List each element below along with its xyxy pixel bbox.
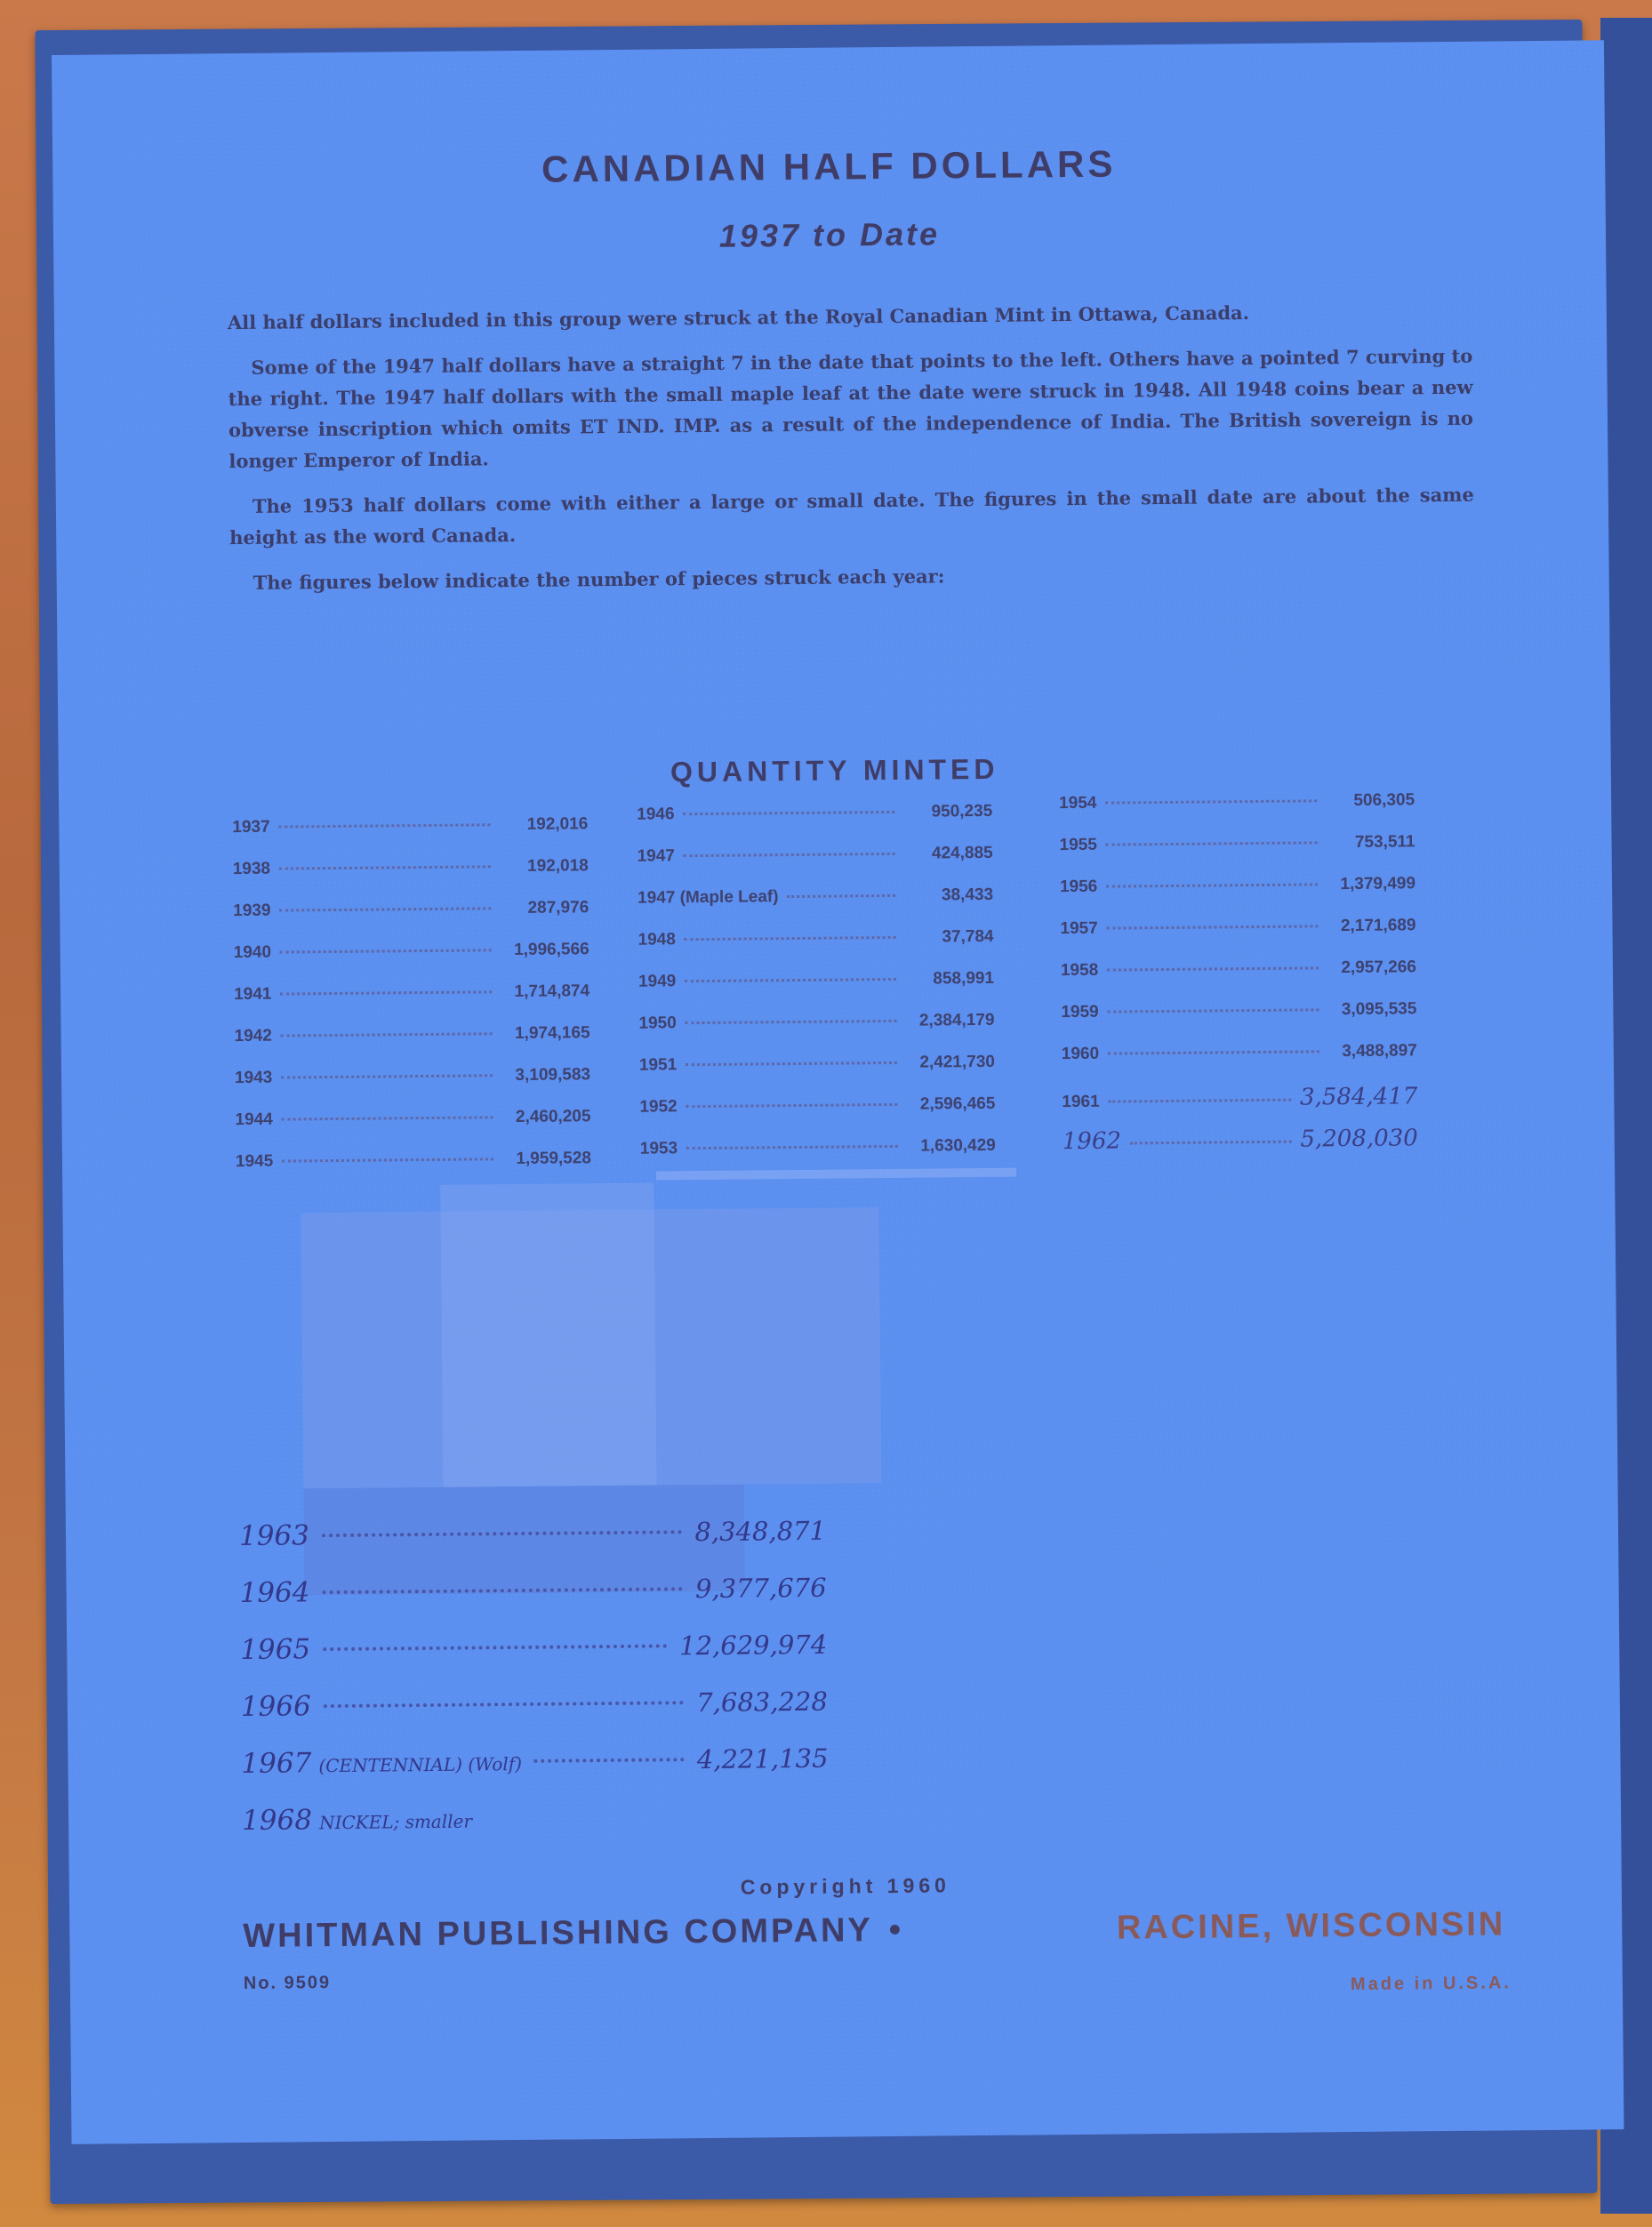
mintage-row: 19421,974,165: [235, 1023, 590, 1069]
mintage-value: 192,016: [499, 814, 588, 835]
album-page: CANADIAN HALF DOLLARS 1937 to Date All h…: [52, 40, 1624, 2144]
mintage-value: 287,976: [500, 898, 589, 918]
mintage-row: 1946950,235: [637, 802, 992, 847]
dot-leader: [788, 894, 896, 898]
mintage-value: 858,991: [905, 969, 994, 989]
page-subtitle: 1937 to Date: [53, 209, 1606, 261]
dot-leader: [1105, 799, 1317, 804]
mintage-value: 424,885: [904, 844, 993, 864]
handwritten-row: 196512,629,974: [240, 1629, 828, 1691]
dot-leader: [322, 1530, 683, 1537]
intro-paragraph: All half dollars included in this group …: [228, 295, 1472, 338]
mintage-value: 950,235: [903, 802, 992, 822]
dot-leader: [686, 1061, 897, 1066]
handwritten-year: 1968: [242, 1804, 312, 1837]
mintage-row: 1949858,991: [638, 969, 994, 1014]
mintage-row: 1954506,305: [1059, 790, 1415, 836]
mintage-row: 19625,208,030: [1063, 1125, 1418, 1170]
mintage-value: 37,784: [904, 927, 993, 948]
mintage-value: 1,959,528: [502, 1149, 591, 1169]
dot-leader: [1130, 1141, 1292, 1145]
mintage-row: 19411,714,874: [234, 981, 589, 1027]
dot-leader: [1107, 925, 1319, 929]
mintage-value: 2,421,730: [906, 1053, 995, 1073]
mintage-year: 1939: [233, 901, 270, 921]
intro-paragraph: The 1953 half dollars come with either a…: [229, 479, 1475, 553]
mintage-value: 3,584,417: [1300, 1083, 1418, 1110]
mintage-value: 506,305: [1326, 790, 1415, 811]
mintage-value: 3,109,583: [501, 1065, 590, 1085]
dot-leader: [282, 1158, 493, 1162]
mintage-year: 1950: [638, 1013, 676, 1033]
mintage-year: 1960: [1062, 1045, 1099, 1064]
mintage-value: 38,433: [904, 885, 993, 906]
intro-paragraph: Some of the 1947 half dollars have a str…: [228, 340, 1473, 477]
mintage-value: 2,957,266: [1327, 957, 1416, 978]
handwritten-year: 1967: [241, 1747, 311, 1780]
dot-leader: [280, 990, 492, 995]
mintage-year: 1943: [235, 1069, 272, 1088]
mintage-value: 192,018: [500, 856, 589, 877]
mintage-row: 19401,996,566: [234, 940, 589, 985]
mintage-year: 1937: [232, 818, 269, 837]
mintage-value: 1,714,874: [501, 981, 589, 1002]
handwritten-row: 19667,683,228: [241, 1686, 829, 1748]
dot-leader: [685, 936, 896, 941]
quantity-minted-heading: QUANTITY MINTED: [59, 747, 1611, 795]
mintage-year: 1961: [1062, 1093, 1099, 1112]
mintage-year: 1955: [1059, 836, 1096, 855]
catalog-number: No. 9509: [244, 1973, 331, 1994]
mintage-row: 1938192,018: [233, 856, 589, 901]
handwritten-value: 7,683,228: [696, 1686, 828, 1718]
mintage-row: 19572,171,689: [1060, 916, 1415, 961]
mintage-value: 2,384,179: [905, 1011, 994, 1031]
handwritten-year: 1964: [239, 1576, 309, 1609]
dot-leader: [322, 1587, 683, 1594]
mintage-row: 19593,095,535: [1061, 999, 1416, 1045]
mintage-value: 1,630,429: [907, 1136, 996, 1157]
mintage-year: 1953: [640, 1139, 678, 1158]
mintage-value: 2,596,465: [906, 1094, 995, 1115]
mintage-row: 1947424,885: [638, 844, 993, 889]
mintage-value: 3,095,535: [1327, 999, 1416, 1020]
publisher-location: RACINE, WISCONSIN: [1117, 1905, 1506, 1947]
mintage-year: 1948: [638, 930, 675, 949]
mintage-row: 1955753,511: [1059, 832, 1415, 877]
dot-leader: [282, 1116, 493, 1120]
dot-leader: [1108, 1050, 1319, 1054]
mintage-row: 19531,630,429: [640, 1136, 996, 1182]
mintage-value: 3,488,897: [1328, 1041, 1417, 1061]
mintage-year: 1958: [1061, 961, 1098, 981]
handwritten-note: (CENTENNIAL) (Wolf): [318, 1753, 522, 1776]
handwritten-mintage-list: 19638,348,87119649,377,676196512,629,974…: [239, 1515, 830, 1862]
mintage-column-3: 1954506,3051955753,51119561,379,49919572…: [1059, 790, 1418, 1170]
publisher-name: WHITMAN PUBLISHING COMPANY: [243, 1911, 873, 1955]
handwritten-year: 1966: [241, 1690, 311, 1723]
handwritten-row: 19649,377,676: [239, 1572, 827, 1634]
mintage-year: 1946: [637, 805, 674, 824]
dot-leader: [280, 907, 492, 911]
mintage-row: 19442,460,205: [235, 1107, 590, 1152]
dot-leader: [1107, 966, 1319, 971]
dot-leader: [686, 1145, 898, 1150]
dot-leader: [1108, 1008, 1319, 1013]
dot-leader: [281, 1074, 493, 1078]
mintage-row: 19433,109,583: [235, 1065, 590, 1110]
faded-patch: [440, 1183, 656, 1487]
dot-leader: [324, 1701, 685, 1708]
handwritten-value: 4,221,135: [697, 1743, 829, 1774]
mintage-year: 1954: [1059, 794, 1096, 813]
mintage-year: 1952: [639, 1097, 677, 1117]
separator-dot: •: [889, 1911, 904, 1949]
mintage-column-2: 1946950,2351947424,8851947 (Maple Leaf)3…: [637, 802, 996, 1182]
handwritten-row: 19638,348,871: [239, 1515, 827, 1577]
mintage-year: 1956: [1060, 877, 1097, 897]
handwritten-value: 12,629,974: [679, 1630, 827, 1662]
dot-leader: [683, 811, 894, 815]
dot-leader: [1109, 1099, 1291, 1103]
dot-leader: [279, 823, 491, 828]
dot-leader: [685, 978, 896, 982]
handwritten-value: 9,377,676: [695, 1573, 827, 1604]
mintage-year: 1942: [235, 1027, 272, 1046]
handwritten-row: 1967(CENTENNIAL) (Wolf)4,221,135: [241, 1742, 829, 1805]
mintage-row: 19613,584,417: [1062, 1083, 1417, 1128]
mintage-year: 1940: [234, 943, 271, 963]
mintage-row: 19502,384,179: [638, 1011, 994, 1056]
mintage-year: 1944: [235, 1110, 272, 1130]
mintage-row: 1947 (Maple Leaf)38,433: [638, 885, 993, 931]
mintage-row: 19603,488,897: [1062, 1041, 1417, 1086]
mintage-value: 753,511: [1326, 832, 1415, 853]
made-in-label: Made in U.S.A.: [1351, 1973, 1512, 1995]
mintage-year: 1951: [639, 1055, 677, 1075]
mintage-year: 1941: [234, 985, 271, 1005]
mintage-row: 19582,957,266: [1061, 957, 1416, 1003]
mintage-year: 1947: [638, 846, 675, 866]
dot-leader: [686, 1103, 898, 1108]
mintage-row: 1937192,016: [232, 814, 588, 860]
mintage-value: 5,208,030: [1300, 1125, 1418, 1152]
handwritten-year: 1963: [239, 1519, 309, 1552]
handwritten-note: NICKEL; smaller: [319, 1811, 472, 1834]
mintage-year: 1945: [236, 1152, 273, 1172]
page-title: CANADIAN HALF DOLLARS: [52, 138, 1605, 196]
dot-leader: [323, 1644, 667, 1651]
mintage-row: 1939287,976: [233, 898, 589, 943]
mintage-row: 194837,784: [638, 927, 993, 973]
mintage-row: 19512,421,730: [639, 1053, 995, 1098]
dot-leader: [684, 853, 895, 857]
mintage-row: 19522,596,465: [639, 1094, 995, 1140]
copyright-line: Copyright 1960: [69, 1867, 1622, 1906]
mintage-year: 1947 (Maple Leaf): [638, 887, 779, 909]
mintage-value: 1,974,165: [501, 1023, 589, 1044]
dot-leader: [1106, 883, 1318, 887]
handwritten-year: 1965: [240, 1633, 310, 1666]
intro-paragraph: The figures below indicate the number of…: [230, 556, 1475, 598]
mintage-column-1: 1937192,0161938192,0181939287,97619401,9…: [232, 814, 591, 1194]
handwritten-value: 8,348,871: [694, 1516, 826, 1547]
publisher-line: WHITMAN PUBLISHING COMPANY• RACINE, WISC…: [243, 1905, 1505, 1956]
handwritten-row: 1968NICKEL; smaller: [242, 1799, 830, 1862]
dot-leader: [280, 949, 492, 953]
mintage-row: 19451,959,528: [236, 1149, 591, 1194]
mintage-value: 1,996,566: [501, 940, 589, 960]
mintage-value: 1,379,499: [1327, 874, 1415, 894]
mintage-value: 2,460,205: [501, 1107, 590, 1127]
mintage-year: 1957: [1060, 919, 1097, 939]
intro-text: All half dollars included in this group …: [228, 295, 1475, 613]
mintage-year: 1938: [233, 860, 270, 879]
mintage-row: 19561,379,499: [1060, 874, 1415, 919]
dot-leader: [534, 1758, 685, 1763]
mintage-year: 1962: [1063, 1128, 1121, 1156]
mintage-value: 2,171,689: [1327, 916, 1415, 936]
dot-leader: [686, 1020, 897, 1024]
dot-leader: [279, 865, 491, 869]
mintage-year: 1949: [638, 972, 676, 991]
mintage-year: 1959: [1061, 1003, 1098, 1022]
dot-leader: [281, 1032, 493, 1037]
dot-leader: [1106, 841, 1318, 845]
